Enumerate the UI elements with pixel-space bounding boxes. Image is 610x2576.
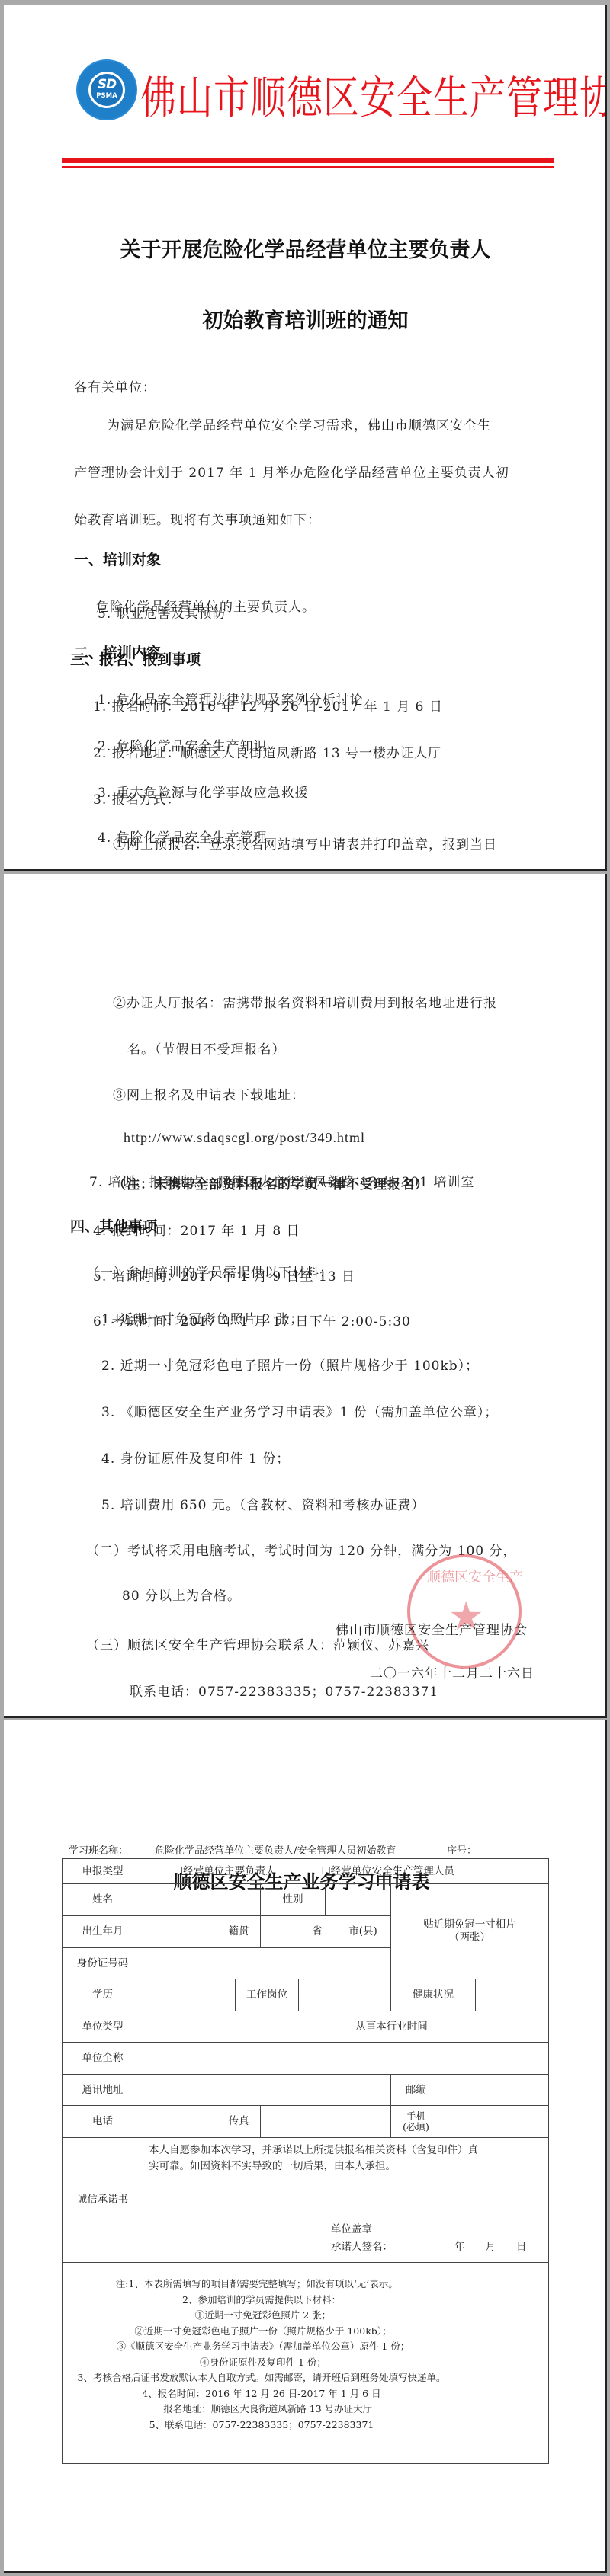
unit-name-label: 单位全称 [62,2042,143,2075]
type-options-cell: ☐经营单位主要负责人 ☐经营单位安全生产管理人员 [143,1858,549,1884]
note-line: 注:1、本表所需填写的项目都需要完整填写；如没有项以‘无’表示。 [68,2277,445,2293]
psma-logo-icon: SD PSMA [76,59,137,120]
industry-years-field[interactable] [441,2011,549,2043]
note-line: ④身份证原件及复印件 1 份； [68,2355,445,2371]
note-line: 2、参加培训的学员需提供以下材料： [68,2293,445,2309]
promise-label: 诚信承诺书 [62,2137,143,2263]
education-field[interactable] [143,1979,236,2011]
phone-label: 电话 [62,2105,143,2138]
note-line: 3、考核合格后证书发放默认本人自取方式。如需邮寄，请开班后到班务处填写快递单。 [68,2370,445,2386]
type-option-principal-checkbox[interactable]: ☐经营单位主要负责人 [174,1865,276,1878]
gender-label: 性别 [260,1883,326,1916]
note-line: 报名地址：顺德区大良街道凤新路 13 号办证大厅 [68,2402,445,2418]
name-label: 姓名 [62,1883,143,1916]
birth-field[interactable] [143,1915,217,1948]
other-sub-3-line-2: 联系电话：0757-22383335；0757-22383371 [130,1681,438,1700]
other-sub-2-line-2: 80 分以上为合格。 [122,1585,241,1604]
note-line: ①近期一寸免冠彩色照片 2 张； [68,2308,445,2324]
native-place-field[interactable]: 省 市(县) [260,1915,391,1948]
unit-name-field[interactable] [143,2042,549,2075]
intro-line-2: 产管理协会计划于 2017 年 1 月举办危险化学品经营单位主要负责人初 [74,462,509,481]
section-heading-3: 三、报名、报到事项 [70,648,201,669]
class-name-value: 危险化学品经营单位主要负责人/安全管理人员初始教育 [155,1842,396,1857]
letterhead-rule-thick [62,158,554,163]
material-item: 5. 培训费用 650 元。（含教材、资料和考核办证费） [101,1494,425,1513]
section-heading-1: 一、培训对象 [74,549,161,569]
intro-line-3: 始教育培训班。现将有关事项通知如下： [74,509,321,528]
postcode-label: 邮编 [390,2074,441,2106]
unit-type-field[interactable] [143,2011,342,2043]
registration-item: 3. 报名方式： [93,789,181,808]
method-1-line-1: ①网上预报名：登录报名网站填写申请表并打印盖章，报到当日 [113,834,497,853]
unit-type-label: 单位类型 [62,2011,143,2043]
note-line: ③《顺德区安全生产业务学习申请表》（需加盖单位公章）原件 1 份； [68,2339,445,2355]
other-sub-1: （一）参加培训的学员需提供以下材料： [86,1262,333,1281]
intro-line-1: 为满足危险化学品经营单位安全学习需求，佛山市顺德区安全生 [107,414,491,434]
name-field[interactable] [143,1883,261,1916]
registration-item: 7. 培训、报到地点：顺德区大良街道凤新路 13 号 301 培训室 [89,1171,474,1190]
serial-label: 序号： [447,1842,477,1857]
unit-stamp-label: 单位盖章 [331,2223,372,2236]
industry-years-label: 从事本行业时间 [342,2011,441,2043]
health-label: 健康状况 [390,1979,476,2011]
salutation: 各有关单位： [74,376,156,395]
form-notes-box: 注:1、本表所需填写的项目都需要完整填写；如没有项以‘无’表示。 2、参加培训的… [62,2262,549,2464]
content-item: 5. 职业危害及其预防 [98,603,226,622]
address-field[interactable] [143,2074,391,2106]
material-item: 4. 身份证原件及复印件 1 份； [101,1448,290,1467]
registration-url-link[interactable]: http://www.sdaqscgl.org/post/349.html [124,1130,365,1146]
postcode-field[interactable] [441,2074,549,2106]
position-field[interactable] [298,1979,391,2011]
mobile-label: 手机 (必填) [390,2105,441,2138]
gender-field[interactable] [325,1883,391,1916]
health-field[interactable] [475,1979,549,2011]
address-label: 通讯地址 [62,2074,143,2106]
mobile-field[interactable] [441,2105,549,2138]
material-item: 2. 近期一寸免冠彩色电子照片一份（照片规格少于 100kb）； [101,1355,479,1374]
id-number-field[interactable] [143,1947,391,1979]
material-item: 1. 近期一寸免冠彩色照片 2 张； [101,1308,303,1327]
id-number-label: 身份证号码 [62,1947,143,1979]
promise-box: 本人自愿参加本次学习，并承诺以上所提供报名相关资料（含复印件）真 实可靠。如因资… [143,2137,549,2263]
org-name-heading: 佛山市顺德区安全生产管理协会 [140,62,607,126]
photo-box: 贴近期免冠一寸相片 （两张） [390,1883,549,1979]
document-page-1: SD PSMA 佛山市顺德区安全生产管理协会 关于开展危险化学品经营单位主要负责… [4,5,607,871]
method-2-line-2: 名。（节假日不受理报名） [127,1038,286,1058]
type-option-safety-manager-checkbox[interactable]: ☐经营单位安全生产管理人员 [322,1865,454,1878]
method-2-line-1: ②办证大厅报名：需携带报名资料和培训费用到报名地址进行报 [113,992,497,1011]
notice-title-line-1: 关于开展危险化学品经营单位主要负责人 [4,233,607,263]
section-heading-4: 四、其他事项 [70,1215,157,1236]
type-label: 申报类型 [62,1858,143,1884]
official-seal-stamp: 顺德区安全生产 ★ [407,1554,522,1669]
method-3-line-1: ③网上报名及申请表下载地址： [113,1084,305,1103]
letterhead: SD PSMA 佛山市顺德区安全生产管理协会 [76,59,557,128]
promise-text-line-2: 实可靠。如因资料不实导致的一切后果，由本人承担。 [149,2158,478,2174]
registration-item: 1. 报名时间：2016 年 12 月 26 日-2017 年 1 月 6 日 [93,696,443,715]
fax-label: 传真 [217,2105,261,2138]
education-label: 学历 [62,1979,143,2011]
fax-field[interactable] [260,2105,391,2138]
class-name-label: 学习班名称： [69,1842,128,1857]
letterhead-rule-thin [62,166,554,168]
native-place-label: 籍贯 [217,1915,261,1948]
signer-label: 承诺人签名： [331,2241,393,2254]
note-line: 4、报名时间：2016 年 12 月 26 日-2017 年 1 月 6 日 [68,2386,445,2402]
notice-title-line-2: 初始教育培训班的通知 [4,304,607,334]
registration-item: 2. 报名地址：顺德区大良街道凤新路 13 号一楼办证大厅 [93,742,441,761]
promise-text-line-1: 本人自愿参加本次学习，并承诺以上所提供报名相关资料（含复印件）真 [149,2142,478,2158]
signature-org: 佛山市顺德区安全生产管理协会 [335,1619,528,1638]
signature-date: 二〇一六年十二月二十六日 [370,1662,535,1682]
note-line: ②近期一寸免冠彩色电子照片一份（照片规格少于 100kb）； [68,2324,445,2340]
phone-field[interactable] [143,2105,217,2138]
birth-label: 出生年月 [62,1915,143,1948]
sign-date-label: 年 月 日 [454,2241,527,2254]
note-line: 5、联系电话：0757-22383335；0757-22383371 [68,2418,445,2434]
material-item: 3. 《顺德区安全生产业务学习申请表》1 份（需加盖单位公章）； [101,1401,498,1420]
position-label: 工作岗位 [235,1979,299,2011]
